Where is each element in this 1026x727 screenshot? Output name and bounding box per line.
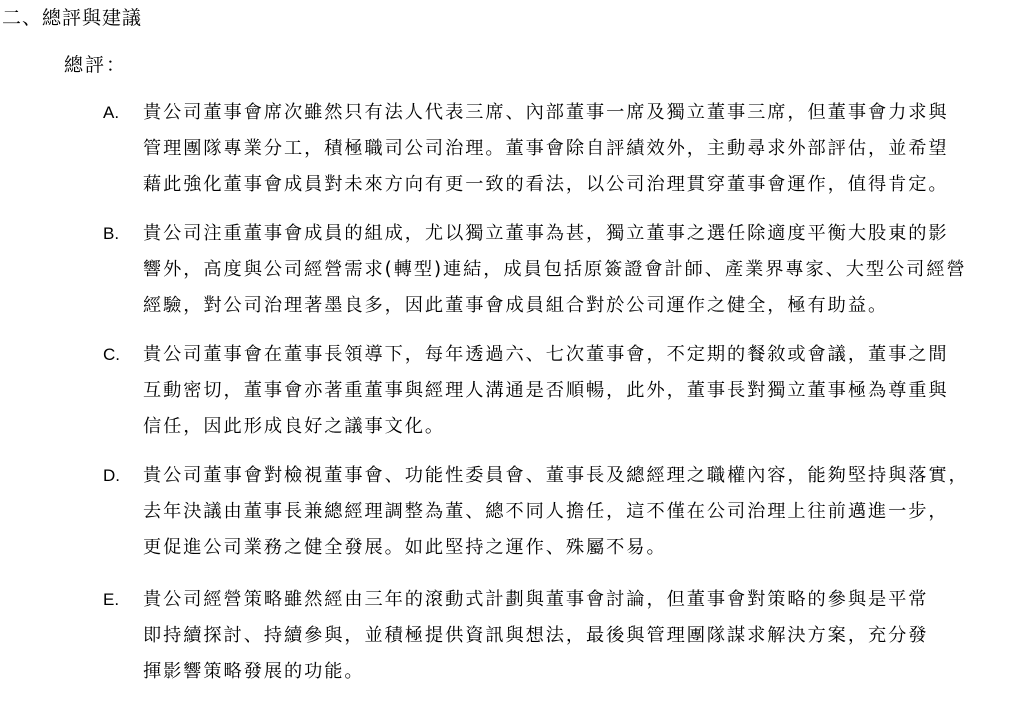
sub-heading: 總評： [64,51,127,79]
paragraph-line: 貴公司董事會在董事長領導下，每年透過六、七次董事會，不定期的餐敘或會議，董事之間 [143,337,949,373]
paragraph-line: 藉此強化董事會成員對未來方向有更一致的看法，以公司治理貫穿董事會運作，值得肯定。 [143,167,949,203]
list-marker: B. [103,216,119,252]
paragraph: 貴公司董事會在董事長領導下，每年透過六、七次董事會，不定期的餐敘或會議，董事之間… [143,337,949,445]
paragraph: 貴公司注重董事會成員的組成，尤以獨立董事為甚，獨立董事之選任除適度平衡大股東的影… [143,216,967,324]
list-marker: A. [103,95,119,131]
paragraph-line: 貴公司董事會對檢視董事會、功能性委員會、董事長及總經理之職權內容，能夠堅持與落實… [143,458,969,494]
paragraph-line: 經驗，對公司治理著墨良多，因此董事會成員組合對於公司運作之健全，極有助益。 [143,288,967,324]
paragraph-line: 揮影響策略發展的功能。 [143,654,928,690]
paragraph-line: 響外，高度與公司經營需求(轉型)連結，成員包括原簽證會計師、產業界專家、大型公司… [143,252,967,288]
paragraph-line: 管理團隊專業分工，積極職司公司治理。董事會除自評績效外，主動尋求外部評估，並希望 [143,131,949,167]
paragraph-line: 信任，因此形成良好之議事文化。 [143,409,949,445]
paragraph: 貴公司董事會對檢視董事會、功能性委員會、董事長及總經理之職權內容，能夠堅持與落實… [143,458,969,566]
paragraph-line: 貴公司注重董事會成員的組成，尤以獨立董事為甚，獨立董事之選任除適度平衡大股東的影 [143,216,967,252]
list-marker: D. [103,458,120,494]
list-marker: C. [103,337,120,373]
paragraph-line: 去年決議由董事長兼總經理調整為董、總不同人擔任，這不僅在公司治理上往前邁進一步， [143,494,969,530]
paragraph-line: 更促進公司業務之健全發展。如此堅持之運作、殊屬不易。 [143,530,969,566]
list-marker: E. [103,582,119,618]
paragraph: 貴公司董事會席次雖然只有法人代表三席、內部董事一席及獨立董事三席，但董事會力求與… [143,95,949,203]
paragraph-line: 互動密切，董事會亦著重董事與經理人溝通是否順暢，此外，董事長對獨立董事極為尊重與 [143,373,949,409]
paragraph: 貴公司經營策略雖然經由三年的滾動式計劃與董事會討論，但董事會對策略的參與是平常 … [143,582,928,690]
paragraph-line: 貴公司董事會席次雖然只有法人代表三席、內部董事一席及獨立董事三席，但董事會力求與 [143,95,949,131]
paragraph-line: 即持續探討、持續參與，並積極提供資訊與想法，最後與管理團隊謀求解決方案，充分發 [143,618,928,654]
section-heading: 二、總評與建議 [2,4,142,32]
paragraph-line: 貴公司經營策略雖然經由三年的滾動式計劃與董事會討論，但董事會對策略的參與是平常 [143,582,928,618]
